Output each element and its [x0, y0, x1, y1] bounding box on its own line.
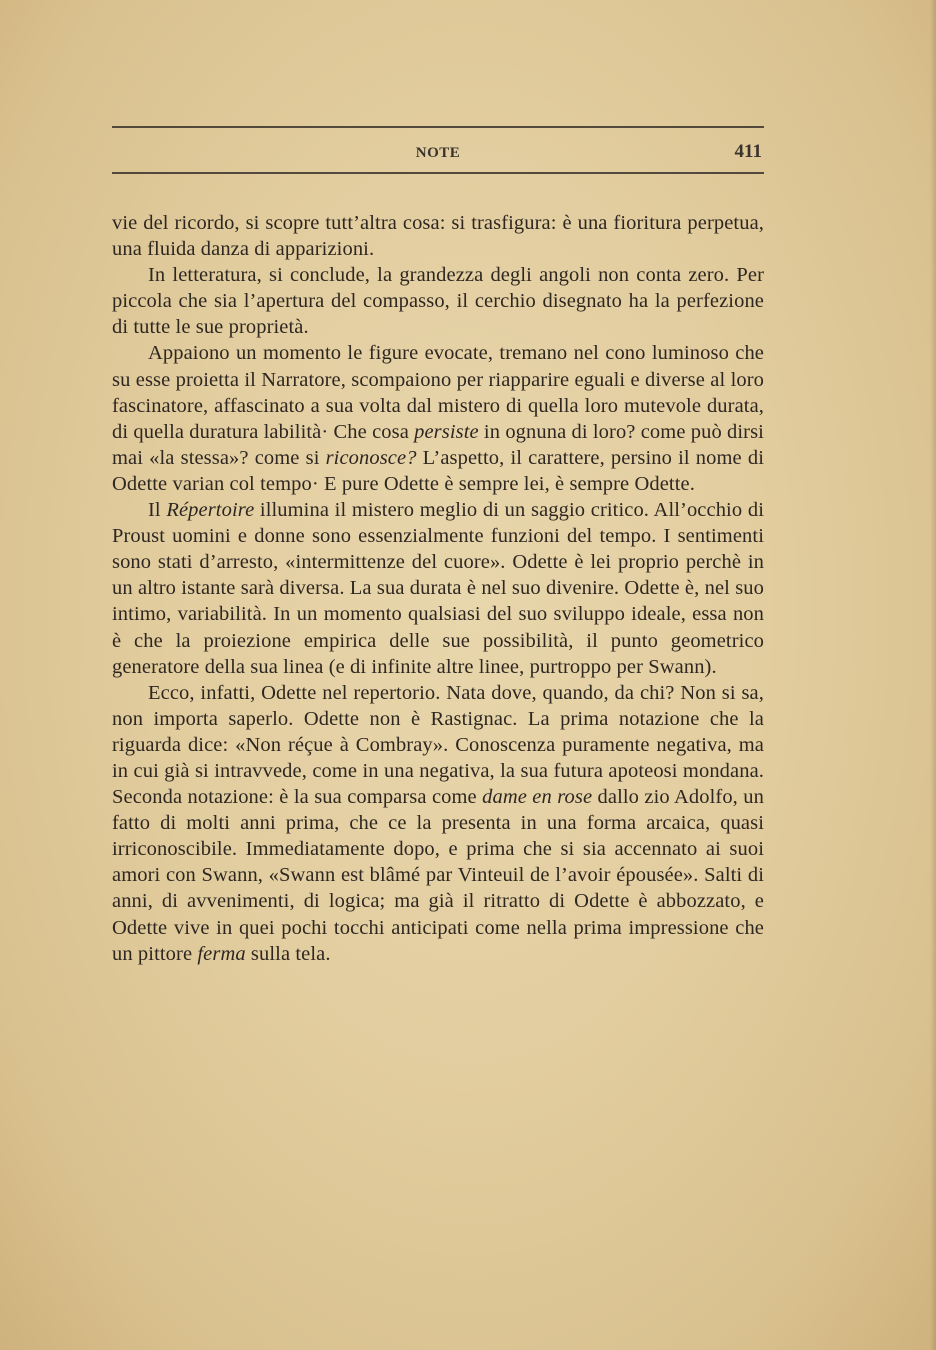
italic-term: ferma [197, 943, 245, 965]
page-edge-shadow [930, 0, 936, 1350]
running-head: NOTE [112, 145, 764, 162]
text-segment: sulla tela. [246, 943, 331, 965]
body-text: vie del ricordo, si scopre tutt’altra co… [112, 210, 764, 967]
page-header: NOTE 411 [112, 128, 764, 172]
paragraph: In letteratura, si conclude, la grandezz… [112, 262, 764, 340]
page-number: 411 [735, 141, 762, 163]
paragraph: Appaiono un momento le figure evocate, t… [112, 340, 764, 497]
text-segment: illumina il mistero meglio di un saggio … [112, 499, 764, 678]
paragraph: Il Répertoire illumina il mistero meglio… [112, 497, 764, 680]
italic-title: Répertoire [166, 499, 254, 521]
italic-term: persiste [414, 421, 479, 443]
italic-term: riconosce? [326, 447, 417, 469]
text-segment: In letteratura, si conclude, la grandezz… [112, 264, 764, 338]
text-segment: Il [148, 499, 166, 521]
text-segment: dallo zio Adolfo, un fatto di molti anni… [112, 786, 764, 965]
paragraph: Ecco, infatti, Odette nel repertorio. Na… [112, 680, 764, 967]
italic-term: dame en rose [482, 786, 592, 808]
text-segment: vie del ricordo, si scopre tutt’altra co… [112, 212, 764, 260]
book-page: NOTE 411 vie del ricordo, si scopre tutt… [112, 126, 764, 967]
paragraph: vie del ricordo, si scopre tutt’altra co… [112, 210, 764, 262]
header-rule [112, 172, 764, 174]
